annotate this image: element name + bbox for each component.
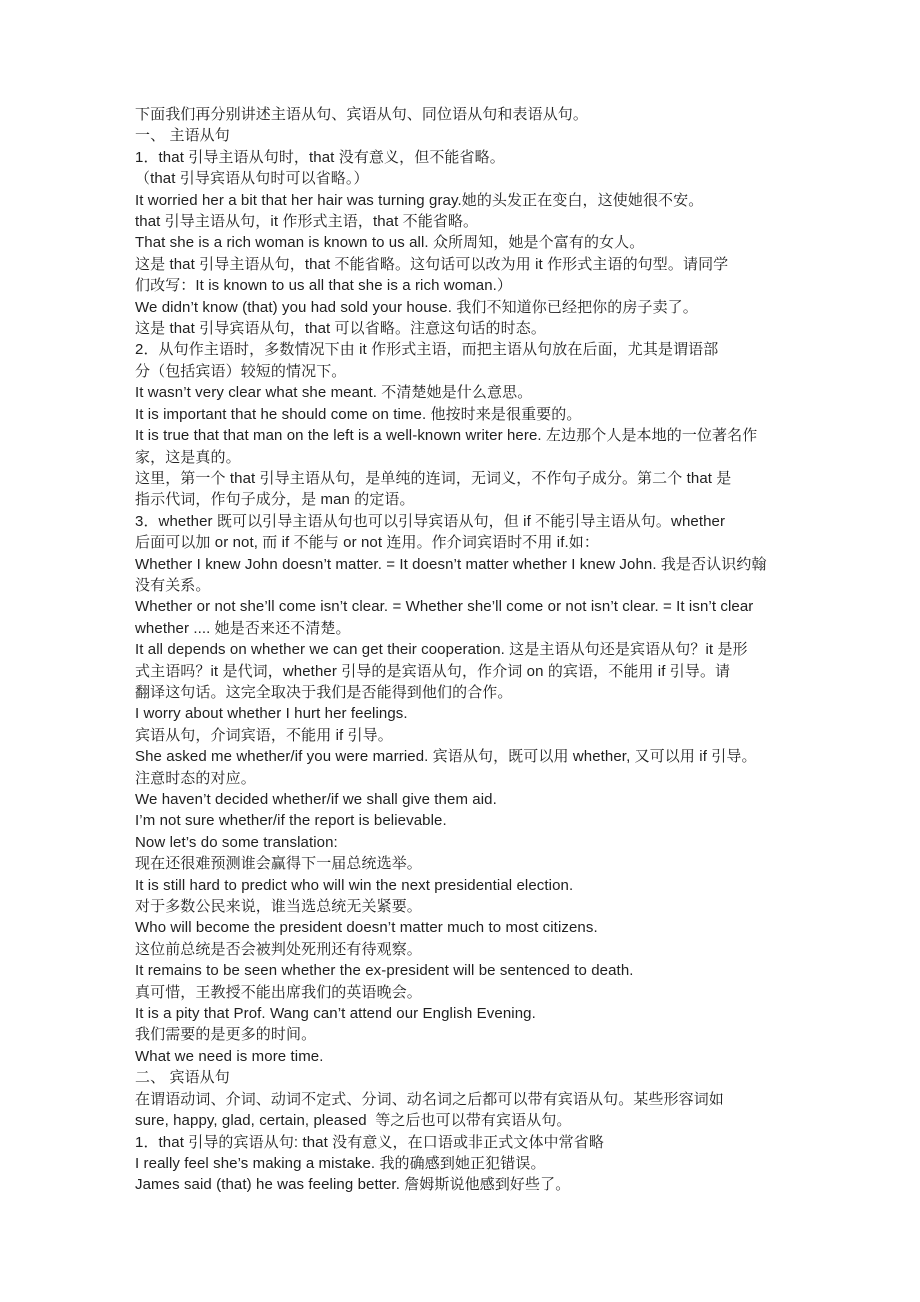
document-line: 后面可以加 or not, 而 if 不能与 or not 连用。作介词宾语时不… [135, 532, 797, 553]
document-line: It remains to be seen whether the ex-pre… [135, 960, 797, 981]
document-line: 1．that 引导的宾语从句: that 没有意义，在口语或非正式文体中常省略 [135, 1132, 797, 1153]
document-line: 这是 that 引导宾语从句，that 可以省略。注意这句话的时态。 [135, 318, 797, 339]
document-line: It is still hard to predict who will win… [135, 875, 797, 896]
document-line: 宾语从句，介词宾语，不能用 if 引导。 [135, 725, 797, 746]
document-line: Whether I knew John doesn’t matter. = It… [135, 554, 797, 575]
document-line: It worried her a bit that her hair was t… [135, 190, 797, 211]
document-line: Now let’s do some translation: [135, 832, 797, 853]
document-line: It is a pity that Prof. Wang can’t atten… [135, 1003, 797, 1024]
document-line: We didn’t know (that) you had sold your … [135, 297, 797, 318]
document-line: 翻译这句话。这完全取决于我们是否能得到他们的合作。 [135, 682, 797, 703]
document-line: 1．that 引导主语从句时，that 没有意义，但不能省略。 [135, 147, 797, 168]
document-line: 式主语吗？it 是代词，whether 引导的是宾语从句，作介词 on 的宾语，… [135, 661, 797, 682]
document-line: Whether or not she’ll come isn’t clear. … [135, 596, 797, 617]
document-page: 下面我们再分别讲述主语从句、宾语从句、同位语从句和表语从句。一、 主语从句1．t… [0, 0, 920, 1302]
document-line: 真可惜，王教授不能出席我们的英语晚会。 [135, 982, 797, 1003]
document-line: 这是 that 引导主语从句，that 不能省略。这句话可以改为用 it 作形式… [135, 254, 797, 275]
document-line: （that 引导宾语从句时可以省略。） [135, 168, 797, 189]
document-line: 指示代词，作句子成分，是 man 的定语。 [135, 489, 797, 510]
document-line: 下面我们再分别讲述主语从句、宾语从句、同位语从句和表语从句。 [135, 104, 797, 125]
document-line: 一、 主语从句 [135, 125, 797, 146]
document-line: whether .... 她是否来还不清楚。 [135, 618, 797, 639]
document-line: sure, happy, glad, certain, pleased 等之后也… [135, 1110, 797, 1131]
document-line: 没有关系。 [135, 575, 797, 596]
document-line: 2．从句作主语时，多数情况下由 it 作形式主语，而把主语从句放在后面，尤其是谓… [135, 339, 797, 360]
document-line: 二、 宾语从句 [135, 1067, 797, 1088]
document-line: 我们需要的是更多的时间。 [135, 1024, 797, 1045]
document-text-block: 下面我们再分别讲述主语从句、宾语从句、同位语从句和表语从句。一、 主语从句1．t… [135, 104, 797, 1196]
document-line: We haven’t decided whether/if we shall g… [135, 789, 797, 810]
document-line: 3．whether 既可以引导主语从句也可以引导宾语从句，但 if 不能引导主语… [135, 511, 797, 532]
document-line: It all depends on whether we can get the… [135, 639, 797, 660]
document-line: 这位前总统是否会被判处死刑还有待观察。 [135, 939, 797, 960]
document-line: It is important that he should come on t… [135, 404, 797, 425]
document-line: 对于多数公民来说，谁当选总统无关紧要。 [135, 896, 797, 917]
document-line: 分（包括宾语）较短的情况下。 [135, 361, 797, 382]
document-line: 这里，第一个 that 引导主语从句，是单纯的连词，无词义，不作句子成分。第二个… [135, 468, 797, 489]
document-line: 家，这是真的。 [135, 447, 797, 468]
document-line: that 引导主语从句，it 作形式主语，that 不能省略。 [135, 211, 797, 232]
document-line: Who will become the president doesn’t ma… [135, 917, 797, 938]
document-line: James said (that) he was feeling better.… [135, 1174, 797, 1195]
document-line: I’m not sure whether/if the report is be… [135, 810, 797, 831]
document-line: 现在还很难预测谁会赢得下一届总统选举。 [135, 853, 797, 874]
document-line: It is true that that man on the left is … [135, 425, 797, 446]
document-line: She asked me whether/if you were married… [135, 746, 797, 767]
document-line: I worry about whether I hurt her feeling… [135, 703, 797, 724]
document-line: That she is a rich woman is known to us … [135, 232, 797, 253]
document-line: I really feel she’s making a mistake. 我的… [135, 1153, 797, 1174]
document-line: 们改写：It is known to us all that she is a … [135, 275, 797, 296]
document-line: 在谓语动词、介词、动词不定式、分词、动名词之后都可以带有宾语从句。某些形容词如 [135, 1089, 797, 1110]
document-line: It wasn’t very clear what she meant. 不清楚… [135, 382, 797, 403]
document-line: 注意时态的对应。 [135, 768, 797, 789]
document-line: What we need is more time. [135, 1046, 797, 1067]
